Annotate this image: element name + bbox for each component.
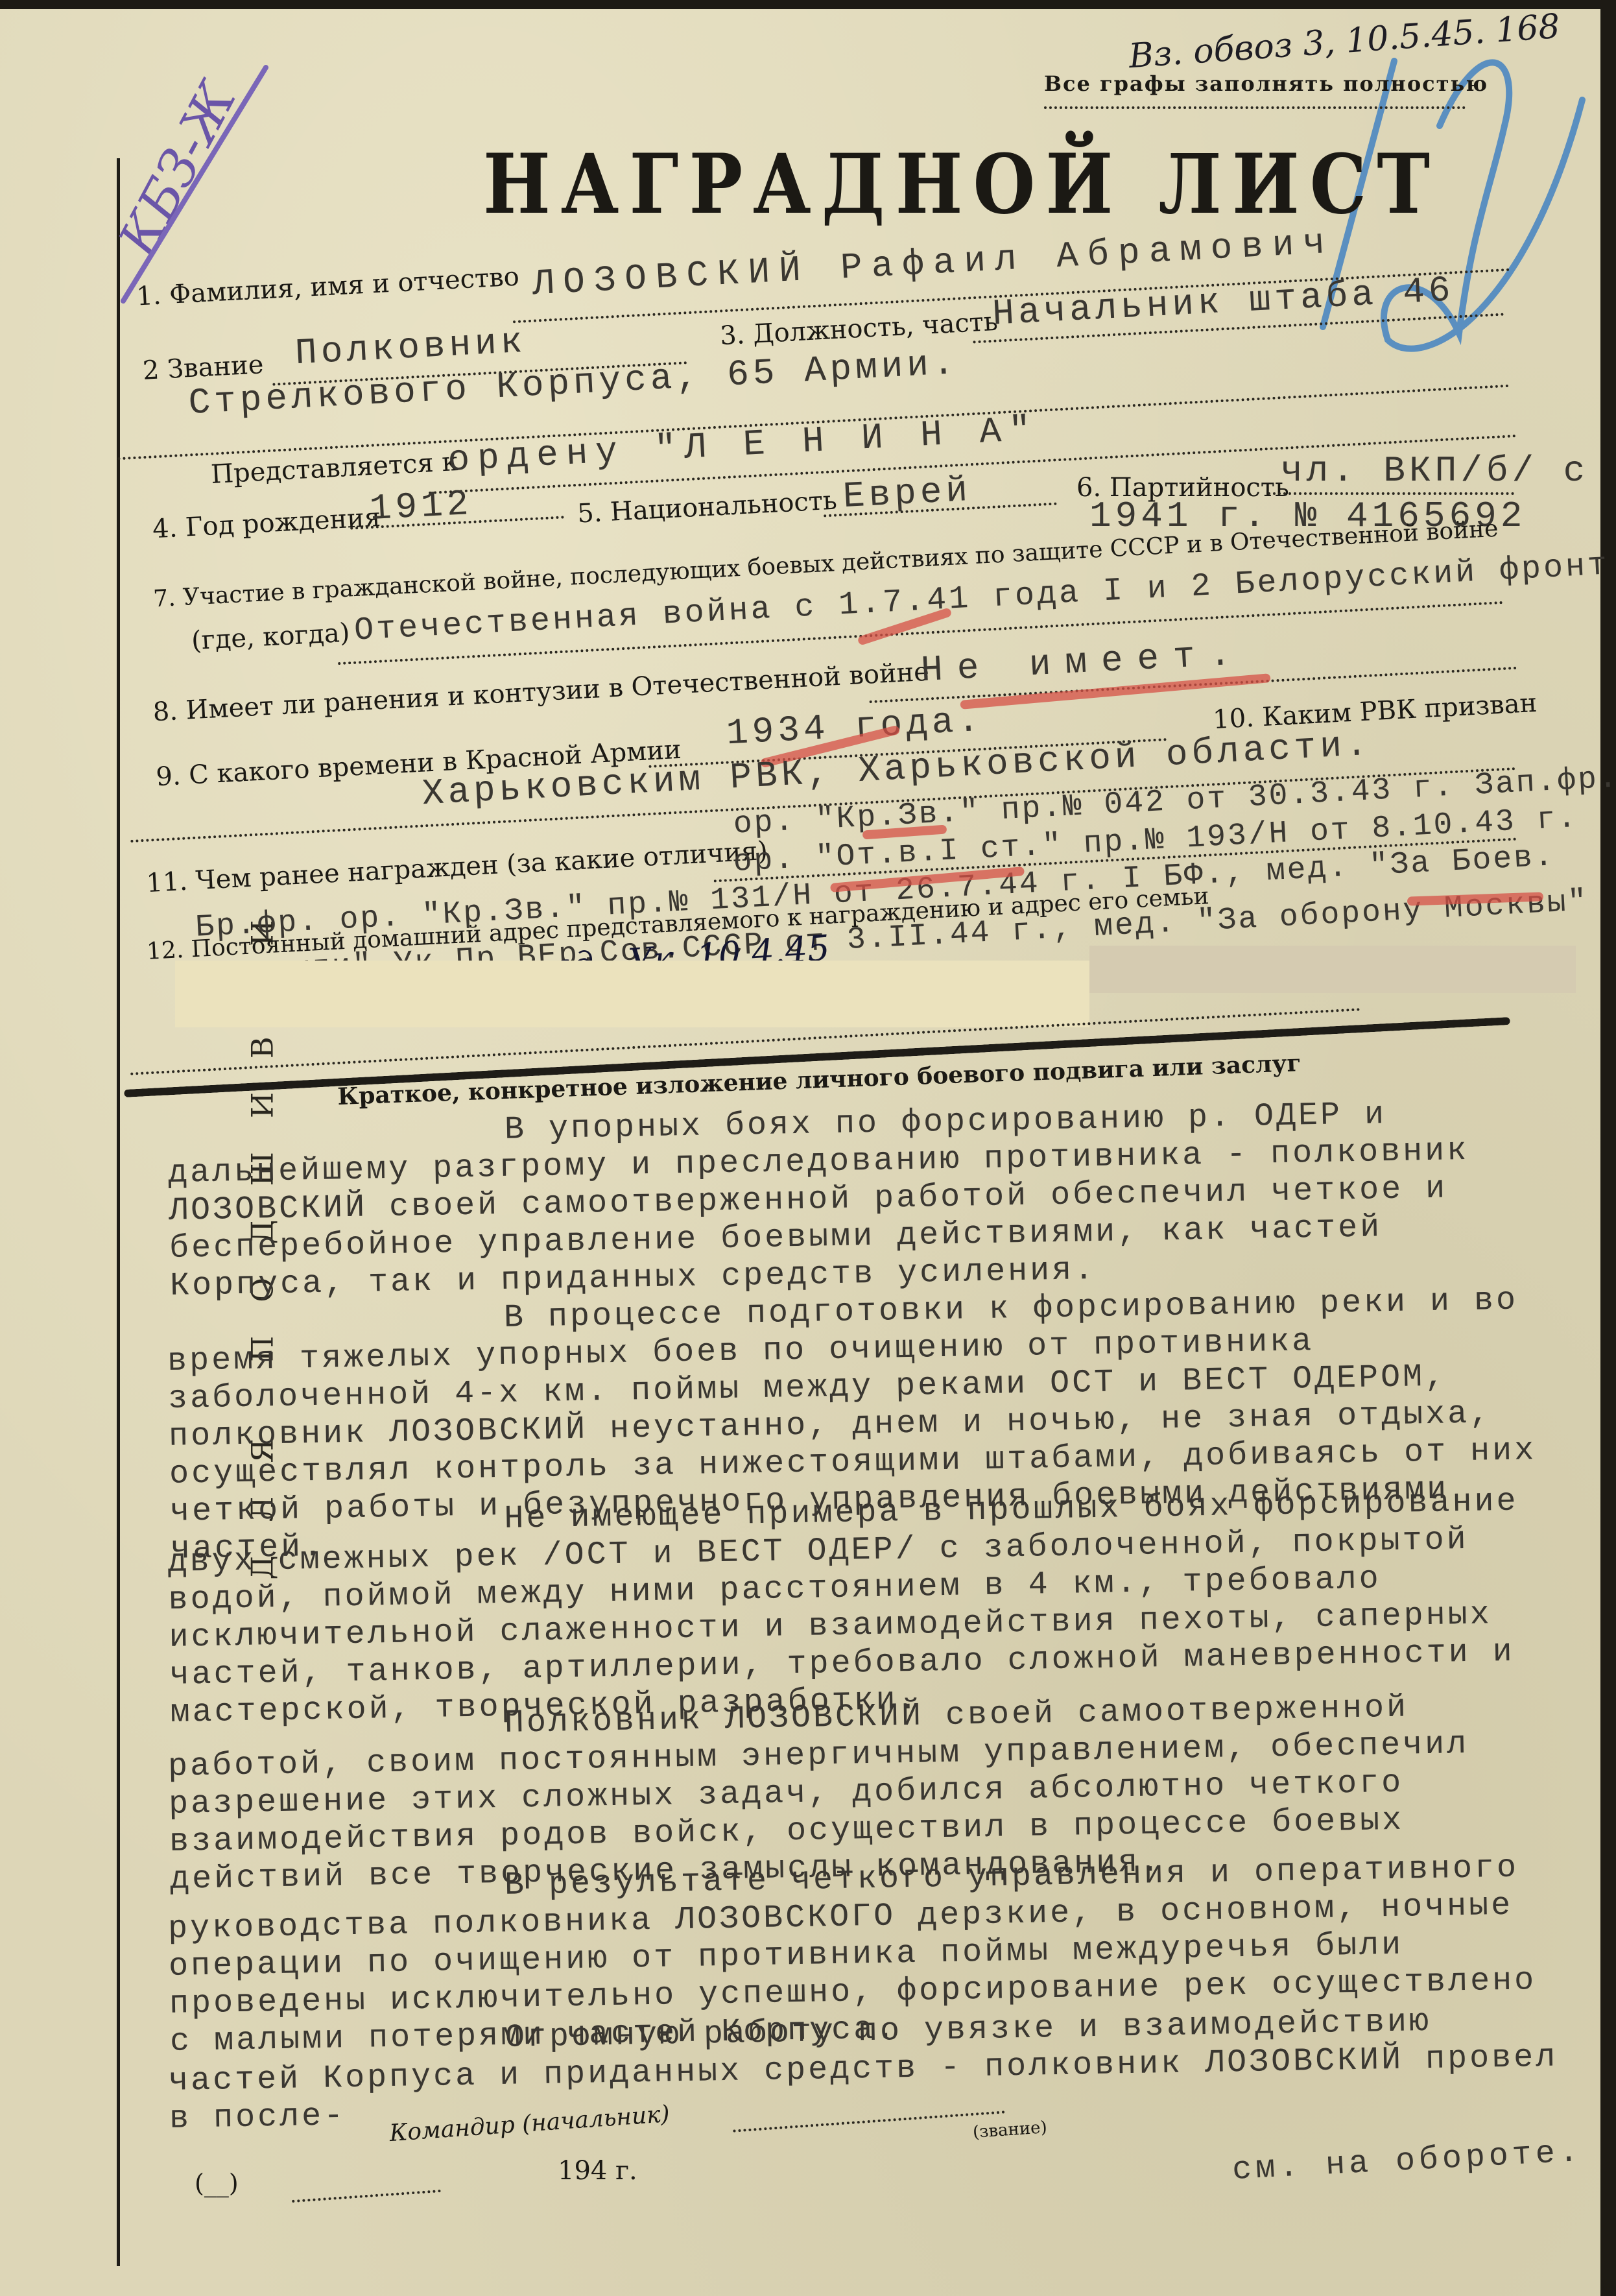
- continued-on-reverse: см. на обороте.: [1231, 2134, 1583, 2189]
- field-6-line: [1268, 492, 1514, 495]
- notice-underline: [1044, 106, 1466, 109]
- field-5-label: 5. Национальность: [576, 486, 838, 529]
- margin-line: [117, 158, 120, 2266]
- narrative-text: В упорных боях по форсированию р. ОДЕР и…: [168, 1096, 1469, 1305]
- award-sheet-page: ДЛЯ ПОДШИВКИ Вз. обвоз 3, 10.5.45. 168 К…: [0, 9, 1600, 2296]
- field-4-label: 4. Год рождения: [152, 503, 381, 544]
- year-label: 194 г.: [558, 2156, 637, 2186]
- blue-number-text: 12: [1310, 35, 1322, 38]
- narrative-paragraph: Огромную работу по увязке и взаимодейств…: [168, 2001, 1577, 2138]
- narrative-paragraph: В упорных боях по форсированию р. ОДЕР и…: [167, 1093, 1578, 1306]
- page-title: НАГРАДНОЙ ЛИСТ: [483, 136, 1440, 232]
- redacted-address-block: [1089, 946, 1576, 993]
- fill-notice: Все графы заполнять полностью: [1044, 71, 1488, 96]
- field-10-label: 10. Каким РВК призван: [1212, 688, 1538, 735]
- field-6-value: чл. ВКП/б/ с: [1281, 450, 1589, 492]
- date-line: [292, 2190, 441, 2203]
- narrative-text: Огромную работу по увязке и взаимодейств…: [169, 2003, 1558, 2138]
- field-7-label2: (где, когда): [191, 618, 350, 656]
- award-label: Представляется к: [210, 447, 458, 490]
- redacted-address-block: [175, 961, 1089, 1027]
- date-prefix: (__): [195, 2169, 239, 2197]
